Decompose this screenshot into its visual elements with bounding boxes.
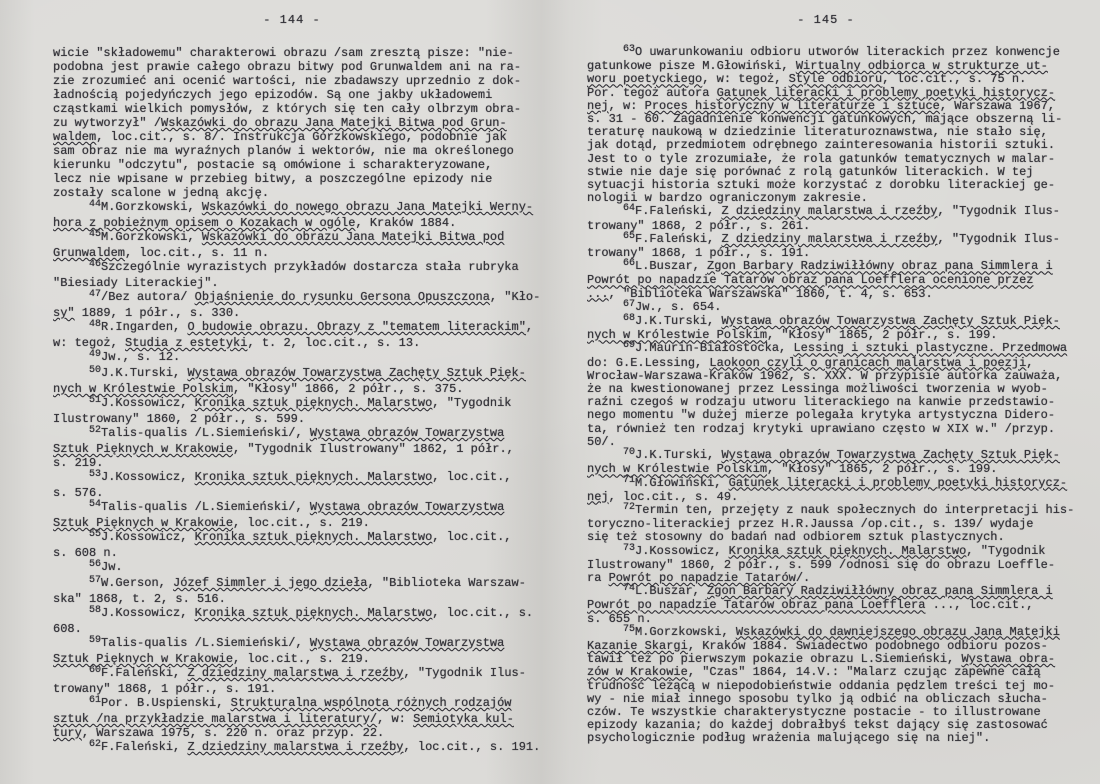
- text-line: ska" 1868, t. 2, s. 516.: [53, 592, 531, 606]
- text-line: hora z pobieżnym opisem o Kozakach w ogó…: [53, 216, 531, 230]
- text-line: 49Jw., s. 12.: [53, 350, 531, 366]
- footnote-number: 57: [89, 575, 101, 586]
- footnote-number: 71: [623, 475, 635, 486]
- text-line: 60F.Faleński, Z dziedziny malarstwa i rz…: [53, 666, 531, 682]
- text-line: sztuk /na przykładzie malarstwa i litera…: [53, 712, 531, 726]
- page-number-left: - 144 -: [53, 13, 531, 27]
- text-line: 73J.Kossowicz, Kronika sztuk pięknych. M…: [587, 545, 1065, 559]
- text-line: 53J.Kossowicz, Kronika sztuk pięknych. M…: [53, 470, 531, 486]
- text-line: lecz nie wpisane w przebieg bitwy, a pos…: [53, 172, 531, 186]
- text-line: 72Termin ten, przejęty z nauk społecznyc…: [587, 504, 1065, 518]
- footnote-number: 62: [89, 739, 101, 750]
- footnote-number: 67: [623, 299, 635, 310]
- text-line: 55J.Kossowicz, Kronika sztuk pięknych. M…: [53, 530, 531, 546]
- text-line: 50J.K.Turski, Wystawa obrazów Towarzystw…: [53, 366, 531, 382]
- text-line: zie zrozumieć ani ocenić wartości, nie z…: [53, 74, 531, 88]
- text-line: ta, również ten rodzaj krytyki uprawiano…: [587, 423, 1065, 436]
- text-line: podobna jest prawie całego obrazu bitwy …: [53, 60, 531, 74]
- page-number-right: - 145 -: [587, 13, 1065, 27]
- text-line: 65F.Faleński, Z dziedziny malarstwa i rz…: [587, 233, 1065, 247]
- text-line: s. 608 n.: [53, 546, 531, 560]
- footnote-number: 45: [89, 229, 101, 240]
- footnote-number: 69: [623, 340, 635, 351]
- text-line: s. 576.: [53, 486, 531, 500]
- text-line: 47/Bez autora/ Objaśnienie do rysunku Ge…: [53, 290, 531, 306]
- footnote-number: 66: [623, 258, 635, 269]
- text-line: Sztuk Pięknych w Krakowie, loc.cit., s. …: [53, 652, 531, 666]
- text-line: 59Talis-qualis /L.Siemieński/, Wystawa o…: [53, 636, 531, 652]
- page-145-text: 63O uwarunkowaniu odbioru utworów litera…: [587, 46, 1065, 746]
- text-line: sam obraz nie ma wyraźnych planów i wekt…: [53, 144, 531, 158]
- text-line: trowany" 1868, 1 półr., s. 191.: [53, 682, 531, 696]
- footnote-number: 64: [623, 203, 635, 214]
- text-line: 67Jw., s. 654.: [587, 301, 1065, 315]
- text-line: 56Jw.: [53, 560, 531, 576]
- text-line: w: tegoż, Studia z estetyki, t. 2, loc.c…: [53, 336, 531, 350]
- text-line: 48R.Ingarden, O budowie obrazu. Obrazy z…: [53, 320, 531, 336]
- footnote-number: 47: [89, 289, 101, 300]
- footnote-number: 65: [623, 231, 635, 242]
- footnote-number: 59: [89, 635, 101, 646]
- text-line: Powrót po napadzie Tatarów obraz pana Lo…: [587, 599, 1065, 612]
- footnote-number: 63: [623, 44, 635, 55]
- text-line: ładnością pojedyńczych jego epizodów. Są…: [53, 88, 531, 102]
- text-line: "Biesiady Literackiej".: [53, 276, 531, 290]
- text-line: nych w Królestwie Polskim, "Kłosy" 1866,…: [53, 382, 531, 396]
- text-line: 69J.Maurin-Białostocka, Lessing i sztuki…: [587, 342, 1065, 356]
- text-line: 52Talis-qualis /L.Siemieński/, Wystawa o…: [53, 426, 531, 442]
- text-line: 64F.Faleński, Z dziedziny malarstwa i rz…: [587, 205, 1065, 219]
- footnote-number: 49: [89, 349, 101, 360]
- text-line: tury, Warszawa 1975, s. 220 n. oraz przy…: [53, 726, 531, 740]
- text-line: zu wytworzył" /Wskazówki do obrazu Jana …: [53, 116, 531, 130]
- footnote-number: 54: [89, 499, 101, 510]
- footnote-number: 51: [89, 395, 101, 406]
- footnote-number: 58: [89, 605, 101, 616]
- text-line: 61Por. B.Uspienski, Strukturalna wspólno…: [53, 696, 531, 712]
- text-line: waldem, loc.cit., s. 8/. Instrukcja Górz…: [53, 130, 531, 144]
- footnote-number: 68: [623, 313, 635, 324]
- text-line: 75M.Gorzkowski, Wskazówki do dawniejszeg…: [587, 626, 1065, 640]
- footnote-number: 46: [89, 259, 101, 270]
- text-line: kierunku "odczytu", postacie są omówione…: [53, 158, 531, 172]
- footnote-number: 73: [623, 543, 635, 554]
- text-line: 46Szczególnie wyrazistych przykładów dos…: [53, 260, 531, 276]
- footnote-number: 61: [89, 695, 101, 706]
- footnote-number: 44: [89, 199, 101, 210]
- text-line: cząstkami wielkich pomysłów, z których s…: [53, 102, 531, 116]
- footnote-number: 52: [89, 425, 101, 436]
- text-line: 45M.Gorzkowski, Wskazówki do obrazu Jana…: [53, 230, 531, 246]
- text-line: 62F.Faleński, Z dziedziny malarstwa i rz…: [53, 740, 531, 756]
- text-line: zostały scalone w jedną akcję.: [53, 186, 531, 200]
- text-line: 51J.Kossowicz, Kronika sztuk pięknych. M…: [53, 396, 531, 412]
- left-edge-shadow: [0, 0, 34, 784]
- footnote-number: 74: [623, 583, 635, 594]
- text-line: Ilustrowany" 1860, 2 półr., s. 599.: [53, 412, 531, 426]
- text-line: Sztuk Pięknych w Krakowie, "Tygodnik Ilu…: [53, 442, 531, 456]
- text-line: 57W.Gerson, Józef Simmler i jego dzieła,…: [53, 576, 531, 592]
- footnote-number: 48: [89, 319, 101, 330]
- text-line: s. 219.: [53, 456, 531, 470]
- footnote-number: 50: [89, 365, 101, 376]
- text-line: wicie "składowemu" charakterowi obrazu /…: [53, 46, 531, 60]
- text-line: sy" 1889, 1 półr., s. 330.: [53, 306, 531, 320]
- page-144-text: wicie "składowemu" charakterowi obrazu /…: [53, 46, 531, 756]
- footnote-number: 56: [89, 559, 101, 570]
- text-line: psychologicznie podług wrażenia malujące…: [587, 732, 1065, 745]
- text-line: 71M.Głowiński, Gatunek literacki i probl…: [587, 477, 1065, 491]
- text-line: 54Talis-qualis /L.Siemieński/, Wystawa o…: [53, 500, 531, 516]
- footnote-number: 75: [623, 624, 635, 635]
- footnote-number: 70: [623, 447, 635, 458]
- page-145: - 145 - 63O uwarunkowaniu odbioru utworó…: [587, 13, 1065, 746]
- text-line: 44M.Gorzkowski, Wskazówki do nowego obra…: [53, 200, 531, 216]
- page-144: - 144 - wicie "składowemu" charakterowi …: [53, 13, 531, 756]
- footnote-number: 53: [89, 469, 101, 480]
- text-line: Sztuk Pięknych w Krakowie, loc.cit., s. …: [53, 516, 531, 530]
- footnote-number: 60: [89, 665, 101, 676]
- text-line: 608.: [53, 622, 531, 636]
- scanned-book-spread: - 144 - wicie "składowemu" charakterowi …: [0, 0, 1100, 784]
- footnote-number: 55: [89, 529, 101, 540]
- text-line: 58J.Kossowicz, Kronika sztuk pięknych. M…: [53, 606, 531, 622]
- footnote-number: 72: [623, 502, 635, 513]
- text-line: Grunwaldem, loc.cit., s. 11 n.: [53, 246, 531, 260]
